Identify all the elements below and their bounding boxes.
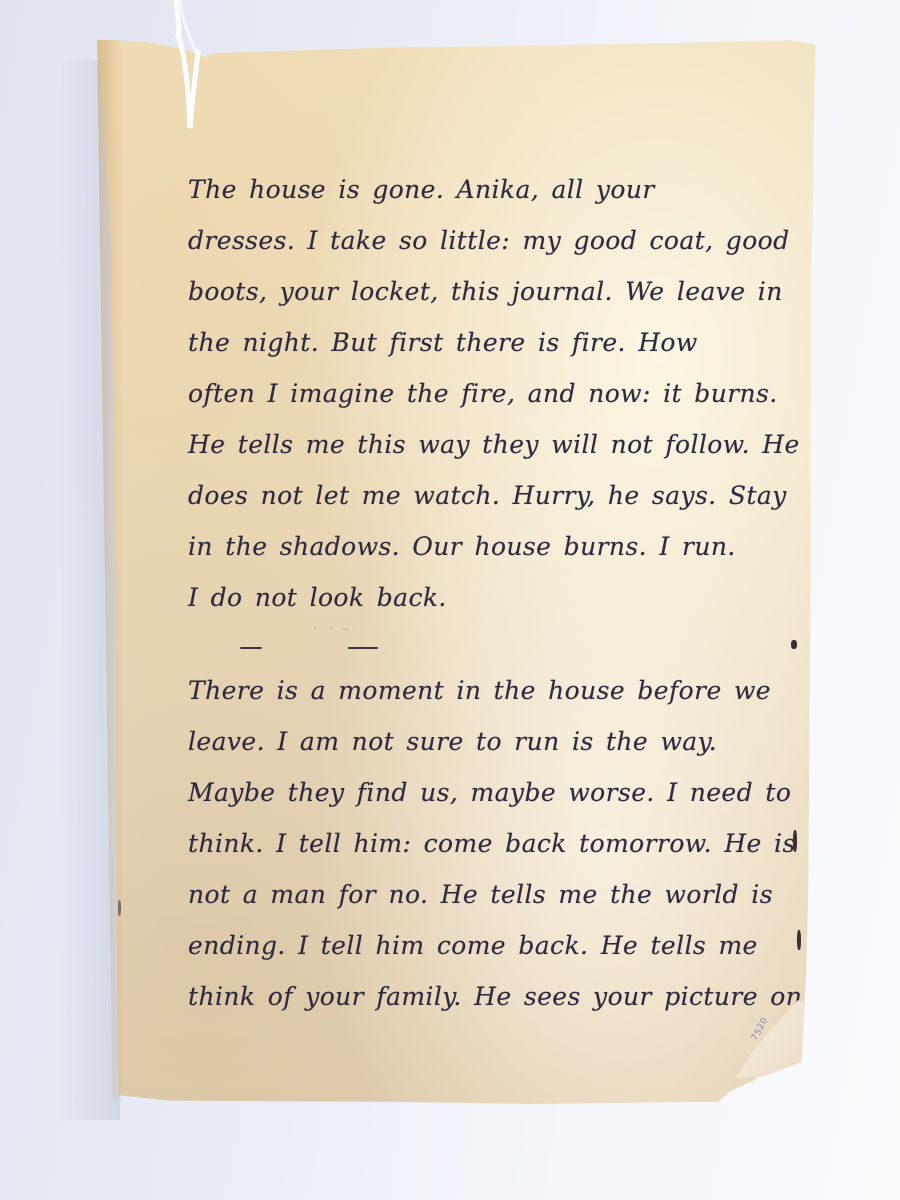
text-line: There is a moment in the house before we	[188, 665, 788, 716]
text-line: ending. I tell him come back. He tells m…	[188, 920, 788, 971]
ink-blot	[118, 900, 121, 916]
text-line: Maybe they find us, maybe worse. I need …	[188, 767, 788, 818]
ink-blot	[791, 640, 797, 649]
divider-rule-right	[348, 647, 378, 649]
text-line: leave. I am not sure to run is the way.	[188, 716, 788, 767]
text-line: the night. But first there is fire. How	[188, 317, 788, 368]
text-line: dresses. I take so little: my good coat,…	[188, 215, 788, 266]
text-line: He tells me this way they will not follo…	[188, 419, 788, 470]
divider-mark: · · —	[312, 622, 350, 635]
text-line: think. I tell him: come back tomorrow. H…	[188, 818, 788, 869]
text-line: often I imagine the fire, and now: it bu…	[188, 368, 788, 419]
section-divider: · · —	[240, 614, 380, 654]
hanging-string-icon	[168, 0, 208, 140]
text-line: boots, your locket, this journal. We lea…	[188, 266, 788, 317]
paragraph-1: The house is gone. Anika, all your dress…	[188, 164, 788, 623]
divider-rule-left	[240, 647, 262, 649]
text-line: does not let me watch. Hurry, he says. S…	[188, 470, 788, 521]
text-line: The house is gone. Anika, all your	[188, 164, 788, 215]
ink-blot	[797, 930, 801, 950]
paragraph-2: There is a moment in the house before we…	[188, 665, 788, 1022]
ink-blot	[793, 830, 797, 852]
text-line: not a man for no. He tells me the world …	[188, 869, 788, 920]
text-line: think of your family. He sees your pictu…	[188, 971, 788, 1022]
text-line: in the shadows. Our house burns. I run.	[188, 521, 788, 572]
